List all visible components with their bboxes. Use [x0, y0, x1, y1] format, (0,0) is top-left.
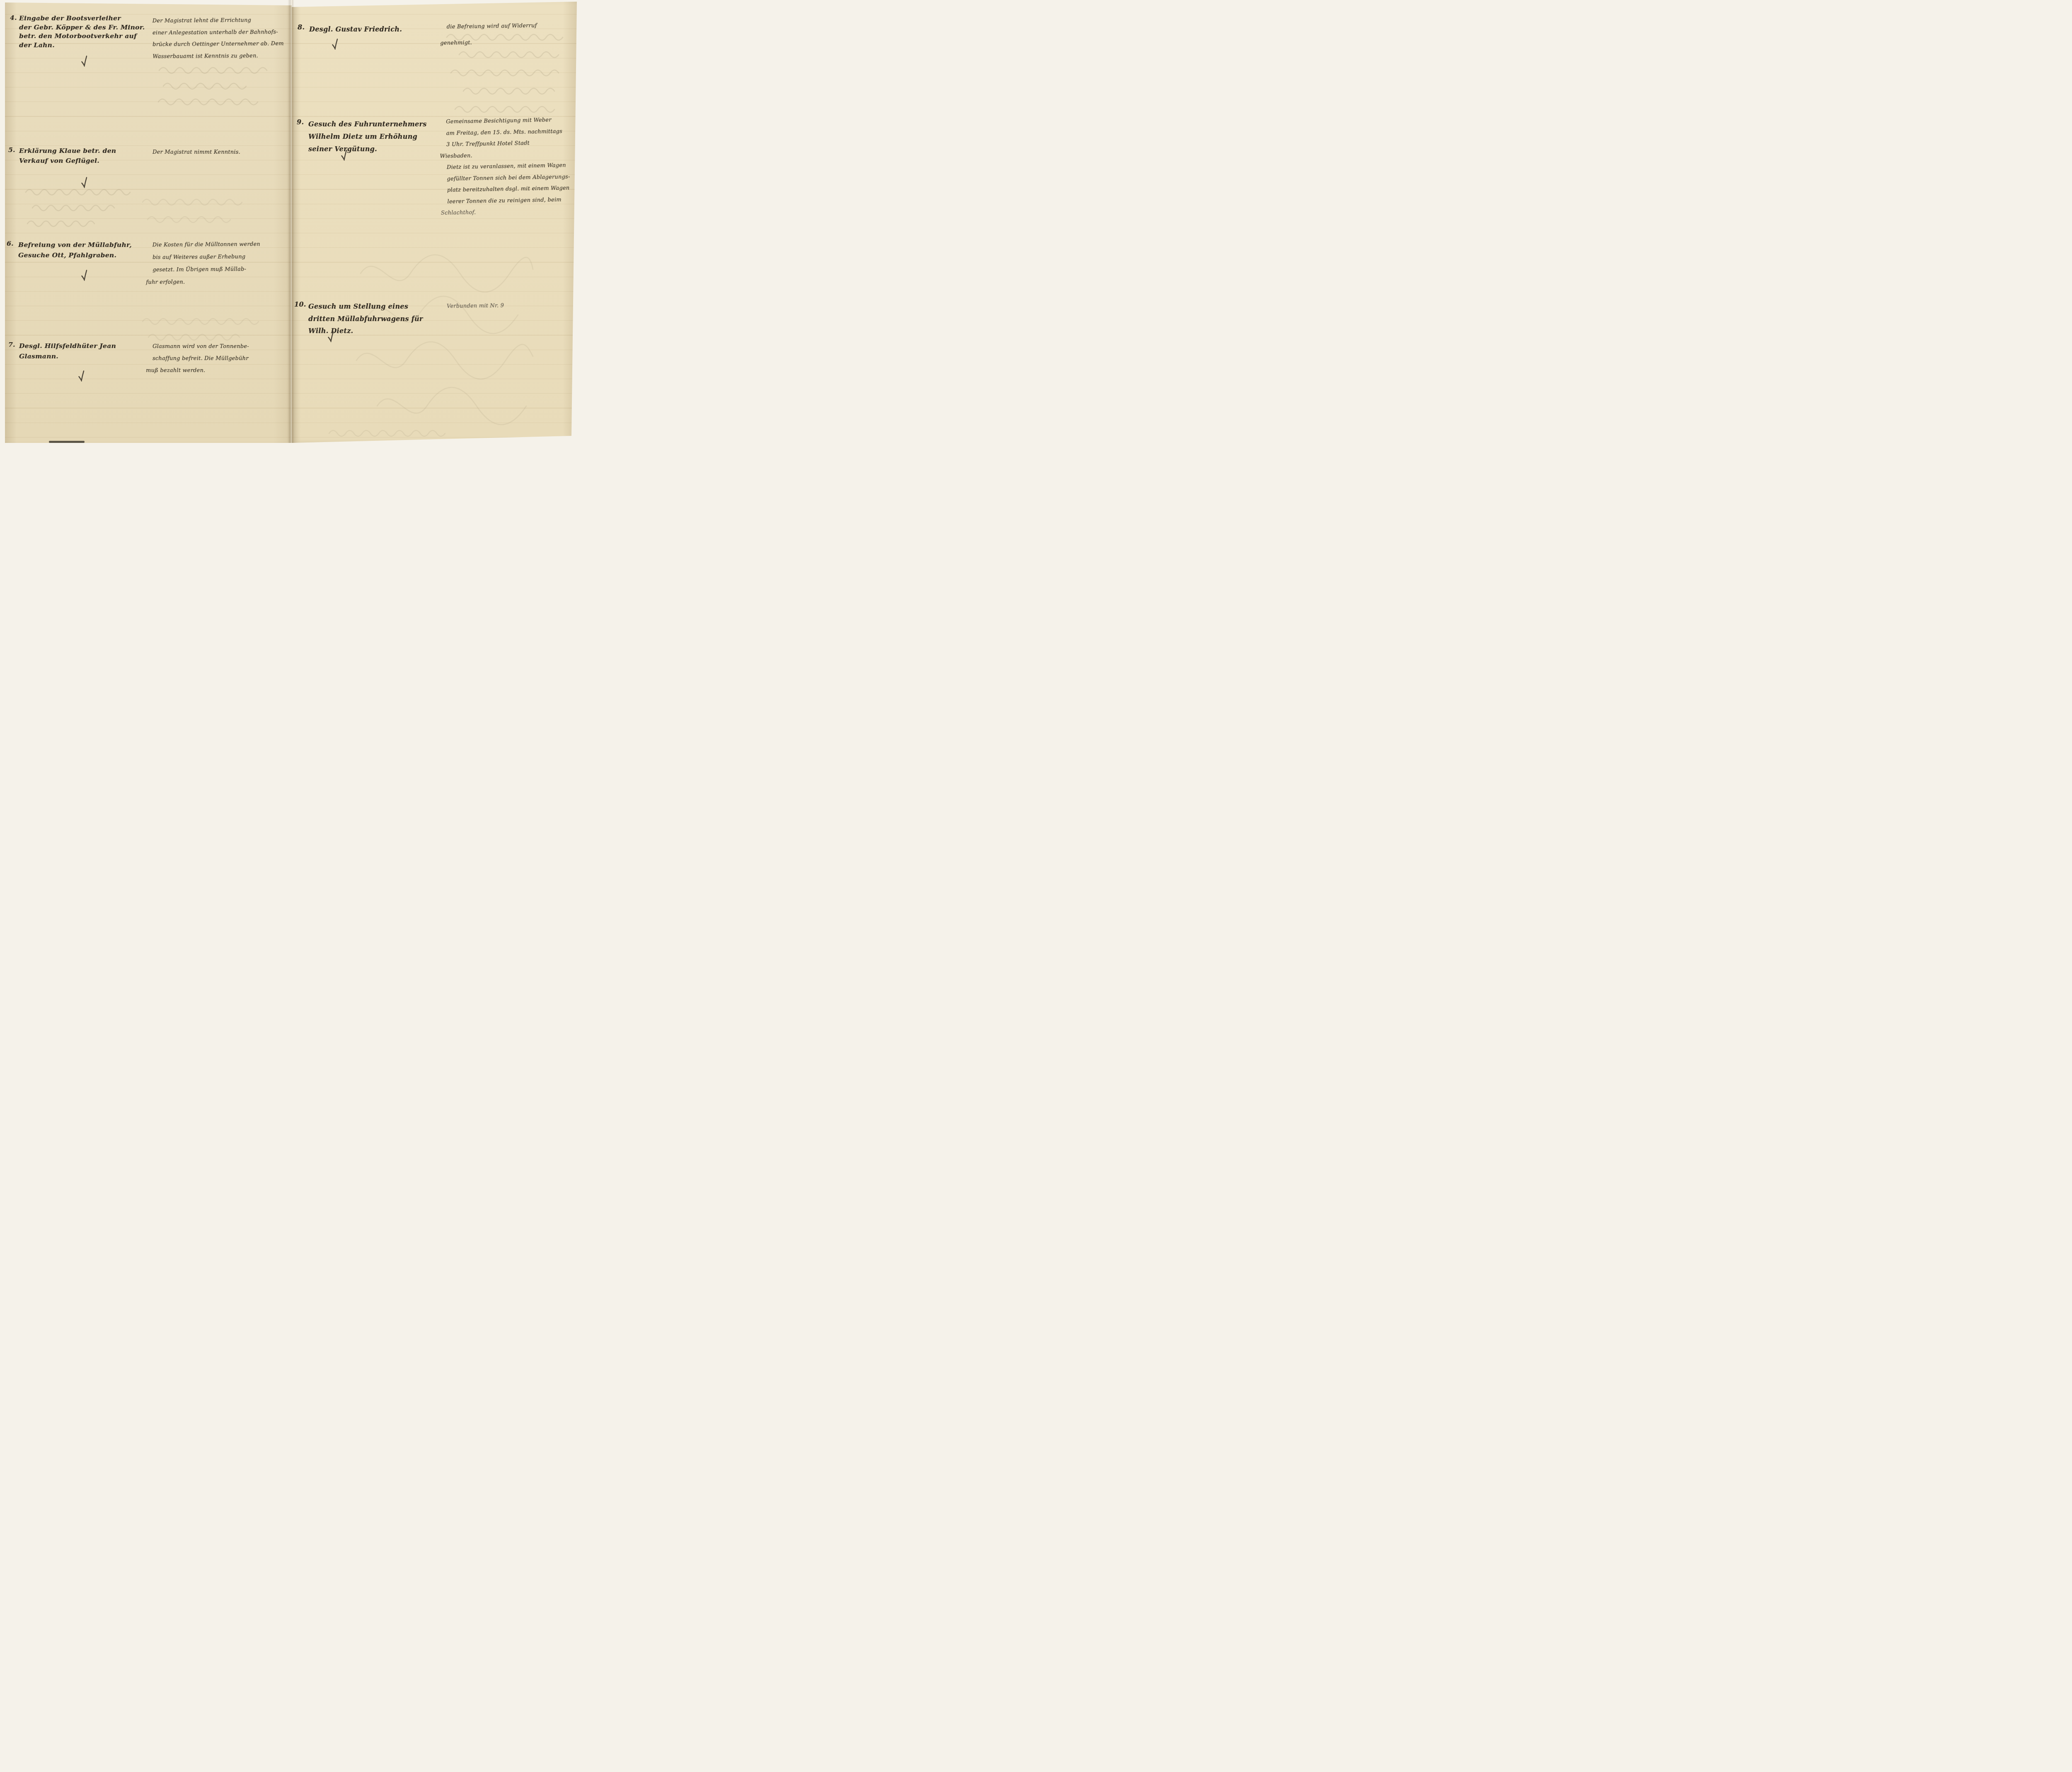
- decision-line: Die Kosten für die Mülltonnen werden: [152, 238, 260, 251]
- entry-number: 4.: [10, 14, 17, 22]
- bleedthrough-ghost: [352, 249, 535, 427]
- page-edge-shadow: [49, 441, 85, 443]
- bleedthrough-ghost: [141, 191, 265, 232]
- subject-line: dritten Müllabfuhrwagens für: [308, 313, 423, 325]
- subject-line: Gesuche Ott, Pfahlgraben.: [18, 250, 132, 260]
- subject-line: seiner Vergütung.: [308, 143, 427, 155]
- decision-line: Verbunden mit Nr. 9: [447, 300, 504, 312]
- decision-line: Glasmann wird von der Tonnenbe-: [152, 341, 249, 353]
- entry-10-subject: Gesuch um Stellung eines dritten Müllabf…: [308, 300, 423, 337]
- decision-line: bis auf Weiteres außer Erhebung: [152, 251, 260, 264]
- subject-line: Verkauf von Geflügel.: [19, 156, 116, 166]
- entry-8-subject: Desgl. Gustav Friedrich.: [309, 23, 402, 36]
- entry-number: 9.: [297, 118, 304, 126]
- entry-number: 5.: [8, 146, 15, 154]
- entry-8: 8.: [298, 23, 305, 31]
- entry-number: 10.: [294, 300, 306, 308]
- subject-line: Glasmann.: [19, 351, 116, 361]
- subject-line: Wilh. Dietz.: [308, 325, 423, 337]
- checkmark-icon: [78, 370, 85, 382]
- subject-line: der Gebr. Köpper & des Fr. Minor.: [19, 23, 145, 32]
- entry-10-decision: Verbunden mit Nr. 9: [447, 300, 504, 312]
- entry-10: 10.: [294, 300, 306, 308]
- entry-6-decision: Die Kosten für die Mülltonnen werden bis…: [152, 238, 261, 289]
- entry-6: 6.: [7, 239, 14, 247]
- decision-line: einer Anlegestation unterhalb der Bahnho…: [152, 26, 284, 39]
- decision-line: muß bezahlt werden.: [146, 365, 249, 377]
- subject-line: Eingabe der Bootsverleiher: [19, 14, 145, 23]
- entry-4-subject: Eingabe der Bootsverleiher der Gebr. Köp…: [19, 14, 145, 49]
- entry-4: 4.: [10, 14, 17, 22]
- entry-5-subject: Erklärung Klaue betr. den Verkauf von Ge…: [19, 146, 116, 166]
- binding-seam: [288, 0, 294, 443]
- entry-8-decision: die Befreiung wird auf Widerruf genehmig…: [446, 17, 537, 51]
- checkmark-icon: [81, 269, 87, 281]
- entry-number: 6.: [7, 239, 14, 247]
- subject-line: Desgl. Gustav Friedrich.: [309, 23, 402, 36]
- decision-line: Wasserbauamt ist Kenntnis zu geben.: [152, 50, 284, 63]
- subject-line: Befreiung von der Müllabfuhr,: [18, 239, 132, 250]
- entry-5: 5.: [8, 146, 15, 154]
- subject-line: der Lahn.: [19, 41, 145, 50]
- entry-7-decision: Glasmann wird von der Tonnenbe- schaffun…: [152, 341, 249, 377]
- checkmark-icon: [81, 176, 87, 188]
- entry-7: 7.: [8, 341, 15, 348]
- bleedthrough-ghost: [24, 182, 140, 232]
- ledger-spread: 4. Eingabe der Bootsverleiher der Gebr. …: [0, 0, 581, 443]
- entry-9-decision: Gemeinsame Besichtigung mit Weber am Fre…: [446, 114, 571, 219]
- decision-line: leerer Tonnen die zu reinigen sind, beim: [447, 194, 570, 208]
- entry-4-decision: Der Magistrat lehnt die Errichtung einer…: [152, 15, 284, 63]
- entry-6-subject: Befreiung von der Müllabfuhr, Gesuche Ot…: [18, 239, 132, 260]
- entry-number: 7.: [8, 341, 15, 348]
- entry-5-decision: Der Magistrat nimmt Kenntnis.: [152, 147, 240, 158]
- entry-9-subject: Gesuch des Fuhrunternehmers Wilhelm Diet…: [308, 118, 427, 155]
- checkmark-icon: [81, 55, 87, 67]
- bleedthrough-ghost: [327, 425, 452, 442]
- decision-line: Der Magistrat nimmt Kenntnis.: [152, 147, 240, 158]
- subject-line: betr. den Motorbootverkehr auf: [19, 31, 145, 41]
- checkmark-icon: [332, 38, 338, 50]
- decision-line: am Freitag, den 15. ds. Mts. nachmittags: [446, 126, 569, 139]
- subject-line: Desgl. Hilfsfeldhüter Jean: [19, 341, 116, 351]
- decision-line: Der Magistrat lehnt die Errichtung: [152, 15, 284, 27]
- decision-line: brücke durch Oettinger Unternehmer ab. D…: [152, 38, 284, 51]
- bleedthrough-ghost: [157, 61, 286, 111]
- entry-9: 9.: [297, 118, 304, 126]
- decision-line: fuhr erfolgen.: [146, 276, 260, 289]
- subject-line: Gesuch des Fuhrunternehmers: [308, 118, 427, 131]
- decision-line: genehmigt.: [440, 34, 537, 51]
- checkmark-icon: [327, 331, 334, 342]
- subject-line: Wilhelm Dietz um Erhöhung: [308, 131, 427, 143]
- subject-line: Erklärung Klaue betr. den: [19, 146, 116, 156]
- decision-line: schaffung befreit. Die Müllgebühr: [152, 353, 249, 365]
- entry-number: 8.: [298, 23, 305, 31]
- checkmark-icon: [341, 149, 347, 161]
- decision-line: Schlachthof.: [441, 205, 571, 219]
- subject-line: Gesuch um Stellung eines: [308, 300, 423, 313]
- decision-line: die Befreiung wird auf Widerruf: [446, 17, 537, 35]
- entry-7-subject: Desgl. Hilfsfeldhüter Jean Glasmann.: [19, 341, 116, 361]
- decision-line: gesetzt. Im Übrigen muß Müllab-: [152, 263, 260, 276]
